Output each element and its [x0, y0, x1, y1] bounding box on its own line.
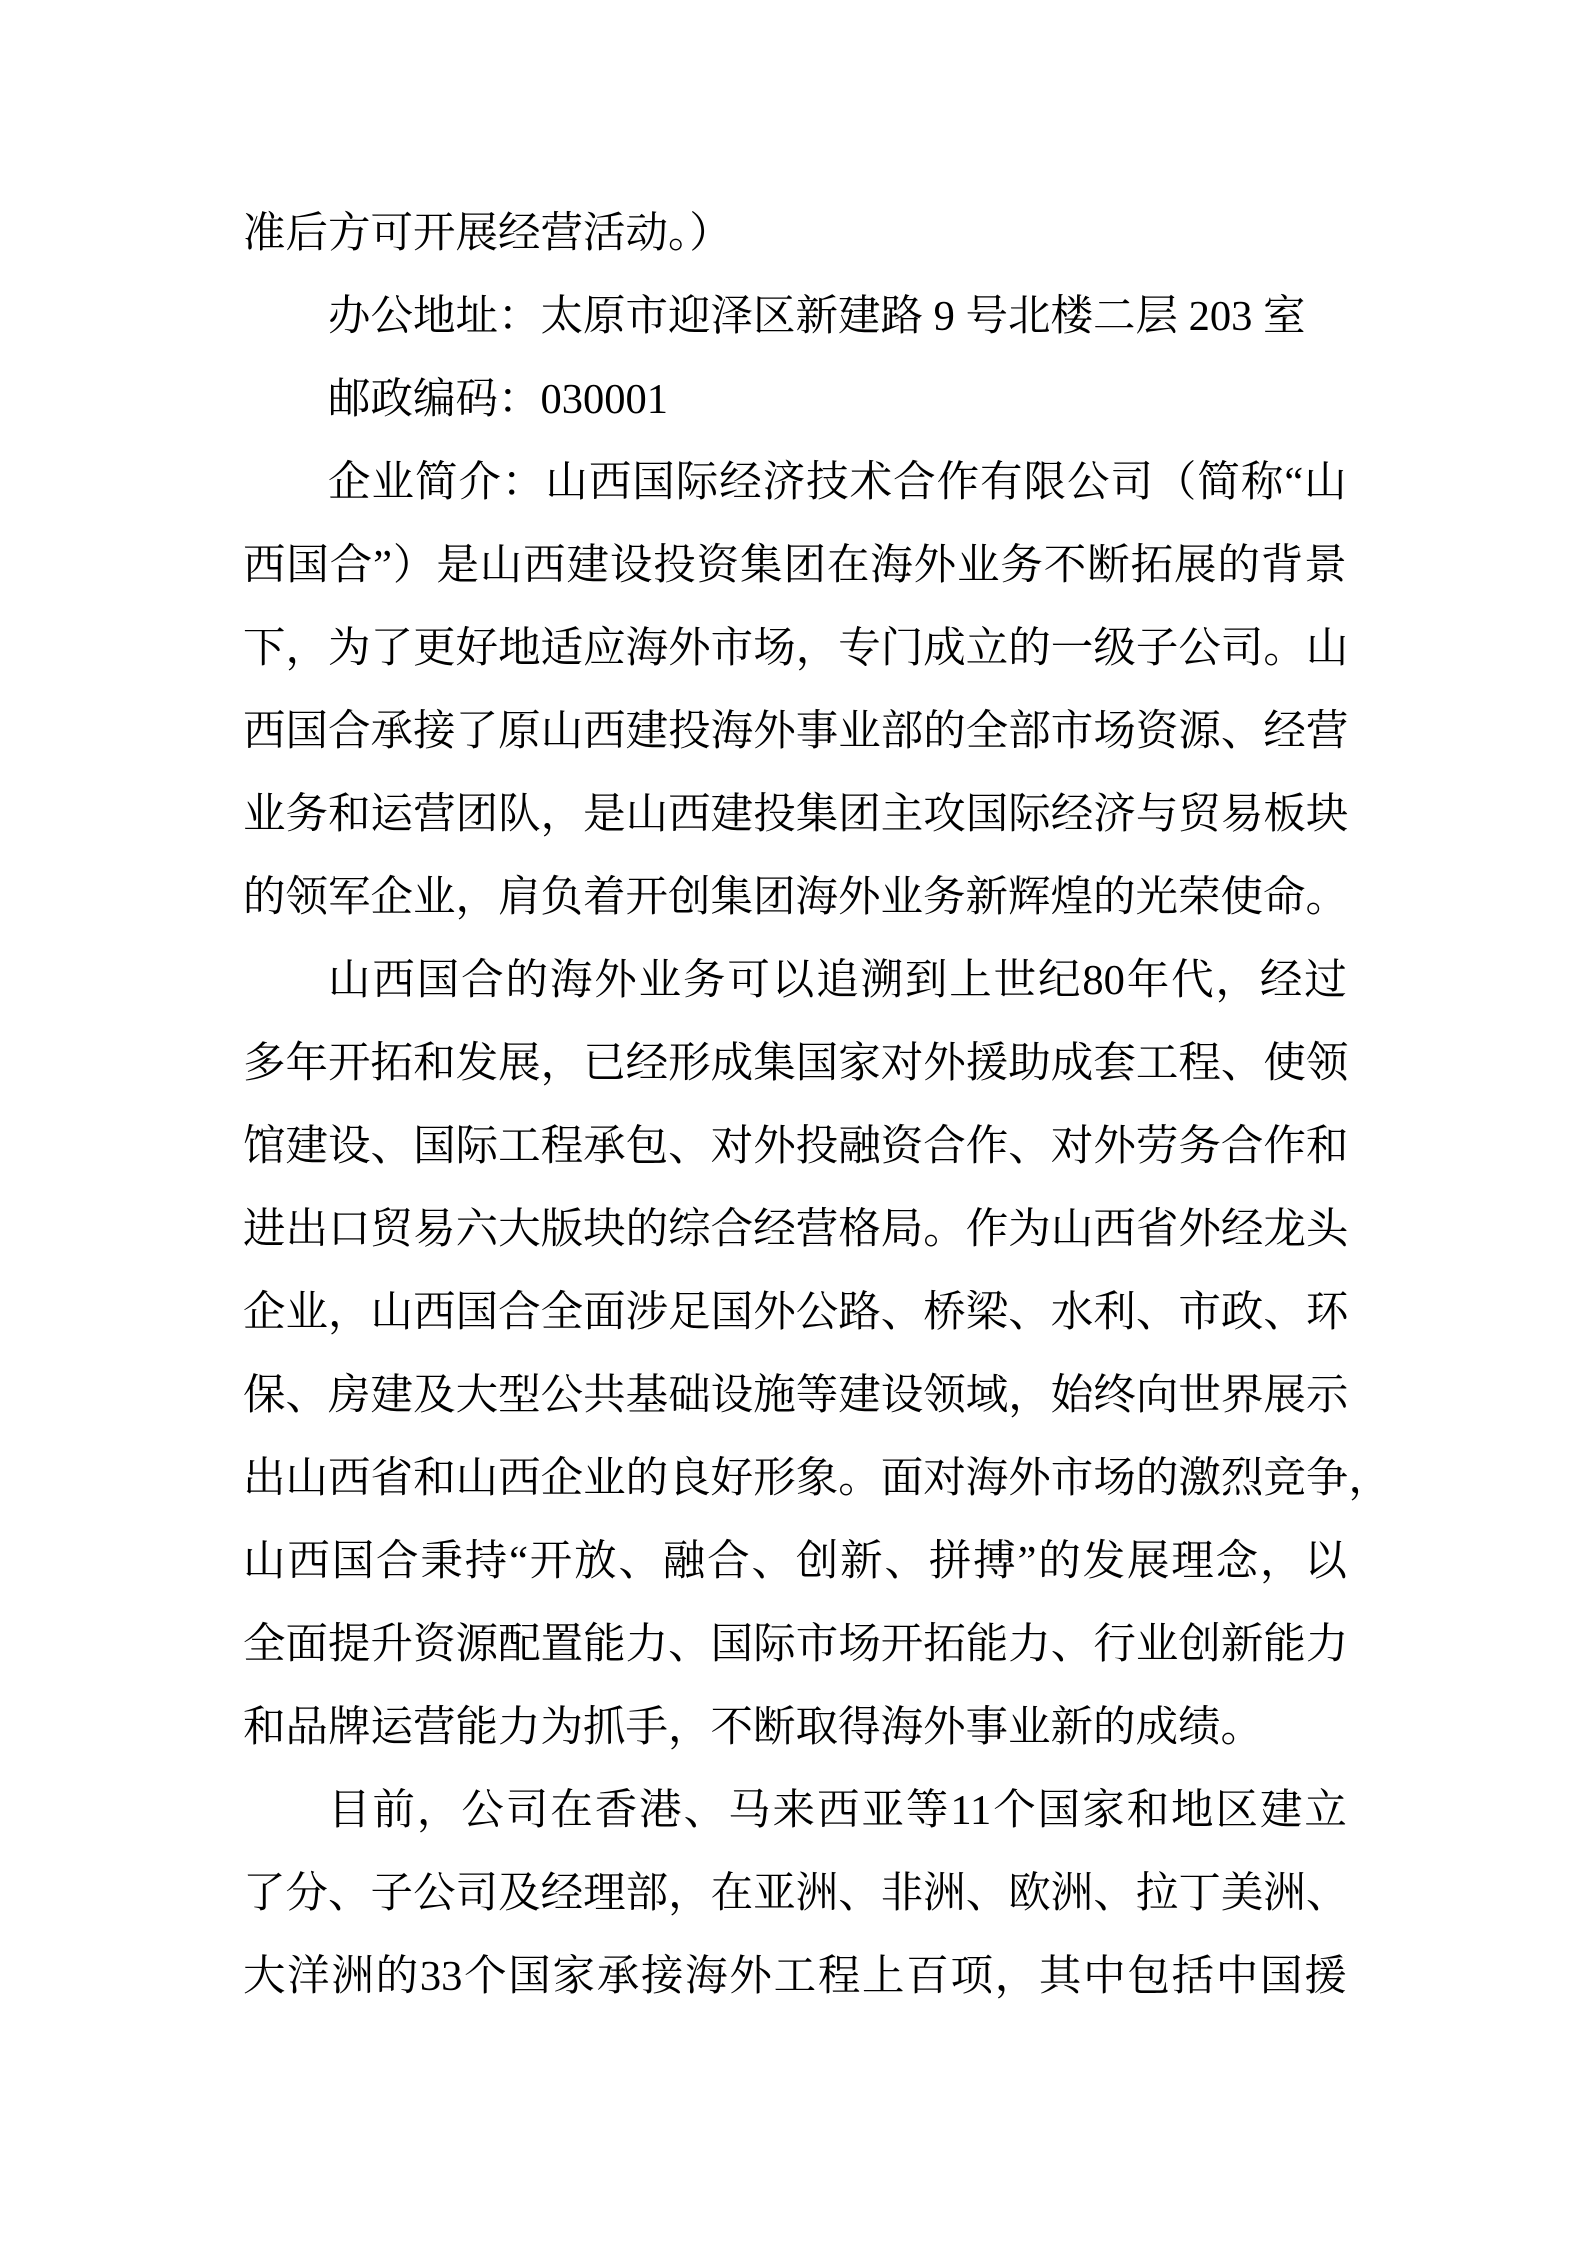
text-line: 邮政编码：030001 — [328, 358, 1347, 441]
text-line: 企业简介：山西国际经济技术合作有限公司（简称“山 — [328, 441, 1347, 524]
text-line: 山西国合的海外业务可以追溯到上世纪80年代，经过 — [328, 939, 1347, 1022]
text-line: 馆建设、国际工程承包、对外投融资合作、对外劳务合作和 — [243, 1105, 1347, 1188]
text-line: 下，为了更好地适应海外市场，专门成立的一级子公司。山 — [243, 607, 1347, 690]
text-line: 办公地址：太原市迎泽区新建路 9 号北楼二层 203 室 — [328, 275, 1347, 358]
text-line: 业务和运营团队，是山西建投集团主攻国际经济与贸易板块 — [243, 773, 1347, 856]
text-line: 西国合承接了原山西建投海外事业部的全部市场资源、经营 — [243, 690, 1347, 773]
text-line: 多年开拓和发展，已经形成集国家对外援助成套工程、使领 — [243, 1022, 1347, 1105]
document-page: 准后方可开展经营活动。）办公地址：太原市迎泽区新建路 9 号北楼二层 203 室… — [0, 0, 1587, 2245]
text-line: 全面提升资源配置能力、国际市场开拓能力、行业创新能力 — [243, 1603, 1347, 1686]
text-line: 和品牌运营能力为抓手，不断取得海外事业新的成绩。 — [243, 1686, 1347, 1769]
text-line: 了分、子公司及经理部，在亚洲、非洲、欧洲、拉丁美洲、 — [243, 1852, 1347, 1935]
document-body: 准后方可开展经营活动。）办公地址：太原市迎泽区新建路 9 号北楼二层 203 室… — [243, 192, 1347, 2018]
text-line: 西国合”）是山西建设投资集团在海外业务不断拓展的背景 — [243, 524, 1347, 607]
text-line: 山西国合秉持“开放、融合、创新、拼搏”的发展理念，以 — [243, 1520, 1347, 1603]
text-line: 出山西省和山西企业的良好形象。面对海外市场的激烈竞争， — [243, 1437, 1347, 1520]
text-line: 目前，公司在香港、马来西亚等11个国家和地区建立 — [328, 1769, 1347, 1852]
text-line: 准后方可开展经营活动。） — [243, 192, 1347, 275]
text-line: 保、房建及大型公共基础设施等建设领域，始终向世界展示 — [243, 1354, 1347, 1437]
text-line: 的领军企业，肩负着开创集团海外业务新辉煌的光荣使命。 — [243, 856, 1347, 939]
text-line: 进出口贸易六大版块的综合经营格局。作为山西省外经龙头 — [243, 1188, 1347, 1271]
text-line: 大洋洲的33个国家承接海外工程上百项，其中包括中国援 — [243, 1935, 1347, 2018]
text-line: 企业，山西国合全面涉足国外公路、桥梁、水利、市政、环 — [243, 1271, 1347, 1354]
